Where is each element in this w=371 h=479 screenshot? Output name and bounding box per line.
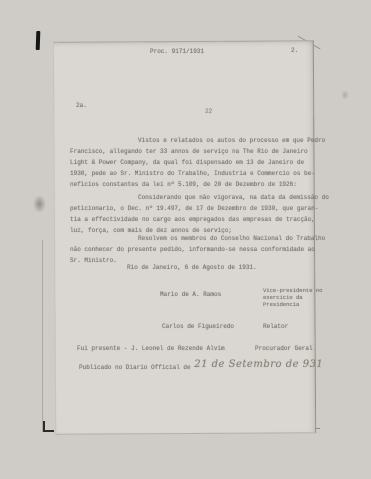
signer-name: Mario de A. Ramos [160, 289, 221, 300]
publication-typed-text: Publicado no Diario Official de [79, 364, 191, 371]
scan-artifact-bar [36, 31, 41, 50]
publication-line: Publicado no Diario Official de 21 de Se… [79, 361, 323, 373]
body-line: tia a effectividade no cargo aos emprega… [70, 214, 316, 225]
body-line: Light & Power Company, da qual foi dispe… [70, 157, 316, 168]
body-line: Vistos e relatados os autos do processo … [70, 135, 316, 146]
body-paragraph-2: Considerando que não vigorava, na data d… [70, 192, 316, 236]
page-number: 2. [291, 45, 298, 56]
body-line: neficios constantes da lei nº 5.109, de … [70, 179, 316, 190]
signer-role: Relator [263, 321, 288, 332]
publication-handwritten-date: 21 de Setembro de 931 [194, 359, 323, 370]
signer-role: Vice-presidente no exercicio da Presiden… [263, 287, 327, 308]
body-paragraph-1: Vistos e relatados os autos do processo … [70, 135, 316, 190]
body-line: não conhecer do presente pedido, informa… [70, 244, 316, 255]
order-number: 22 [205, 106, 212, 117]
body-line: Francisco, allegando ter 33 annos de ser… [70, 146, 316, 157]
margin-note: 2a. [76, 100, 87, 111]
scan-smudge [341, 90, 349, 100]
dateline: Rio de Janeiro, 6 de Agosto de 1931. [127, 262, 257, 273]
signer-name: Fui presente - J. Leonel de Rezende Alvi… [77, 343, 225, 354]
body-line: Considerando que não vigorava, na data d… [70, 192, 316, 203]
body-line: Resolvem os membros do Conselho Nacional… [70, 233, 316, 244]
signer-role: Procurador Geral [255, 343, 313, 354]
body-line: peticionario, o Dec. nº 19.497, de 17 de… [70, 203, 316, 214]
proc-number: Proc. 9171/1931 [150, 46, 204, 57]
scan-smudge [33, 195, 46, 213]
signer-name: Carlos de Figueiredo [162, 321, 234, 332]
document-scan: Proc. 9171/1931 2. 2a. 22 Vistos e relat… [0, 0, 371, 479]
page-edge-line [42, 240, 43, 432]
body-line: 1930, pede ao Sr. Ministro do Trabalho, … [70, 168, 316, 179]
crop-mark [43, 421, 54, 432]
